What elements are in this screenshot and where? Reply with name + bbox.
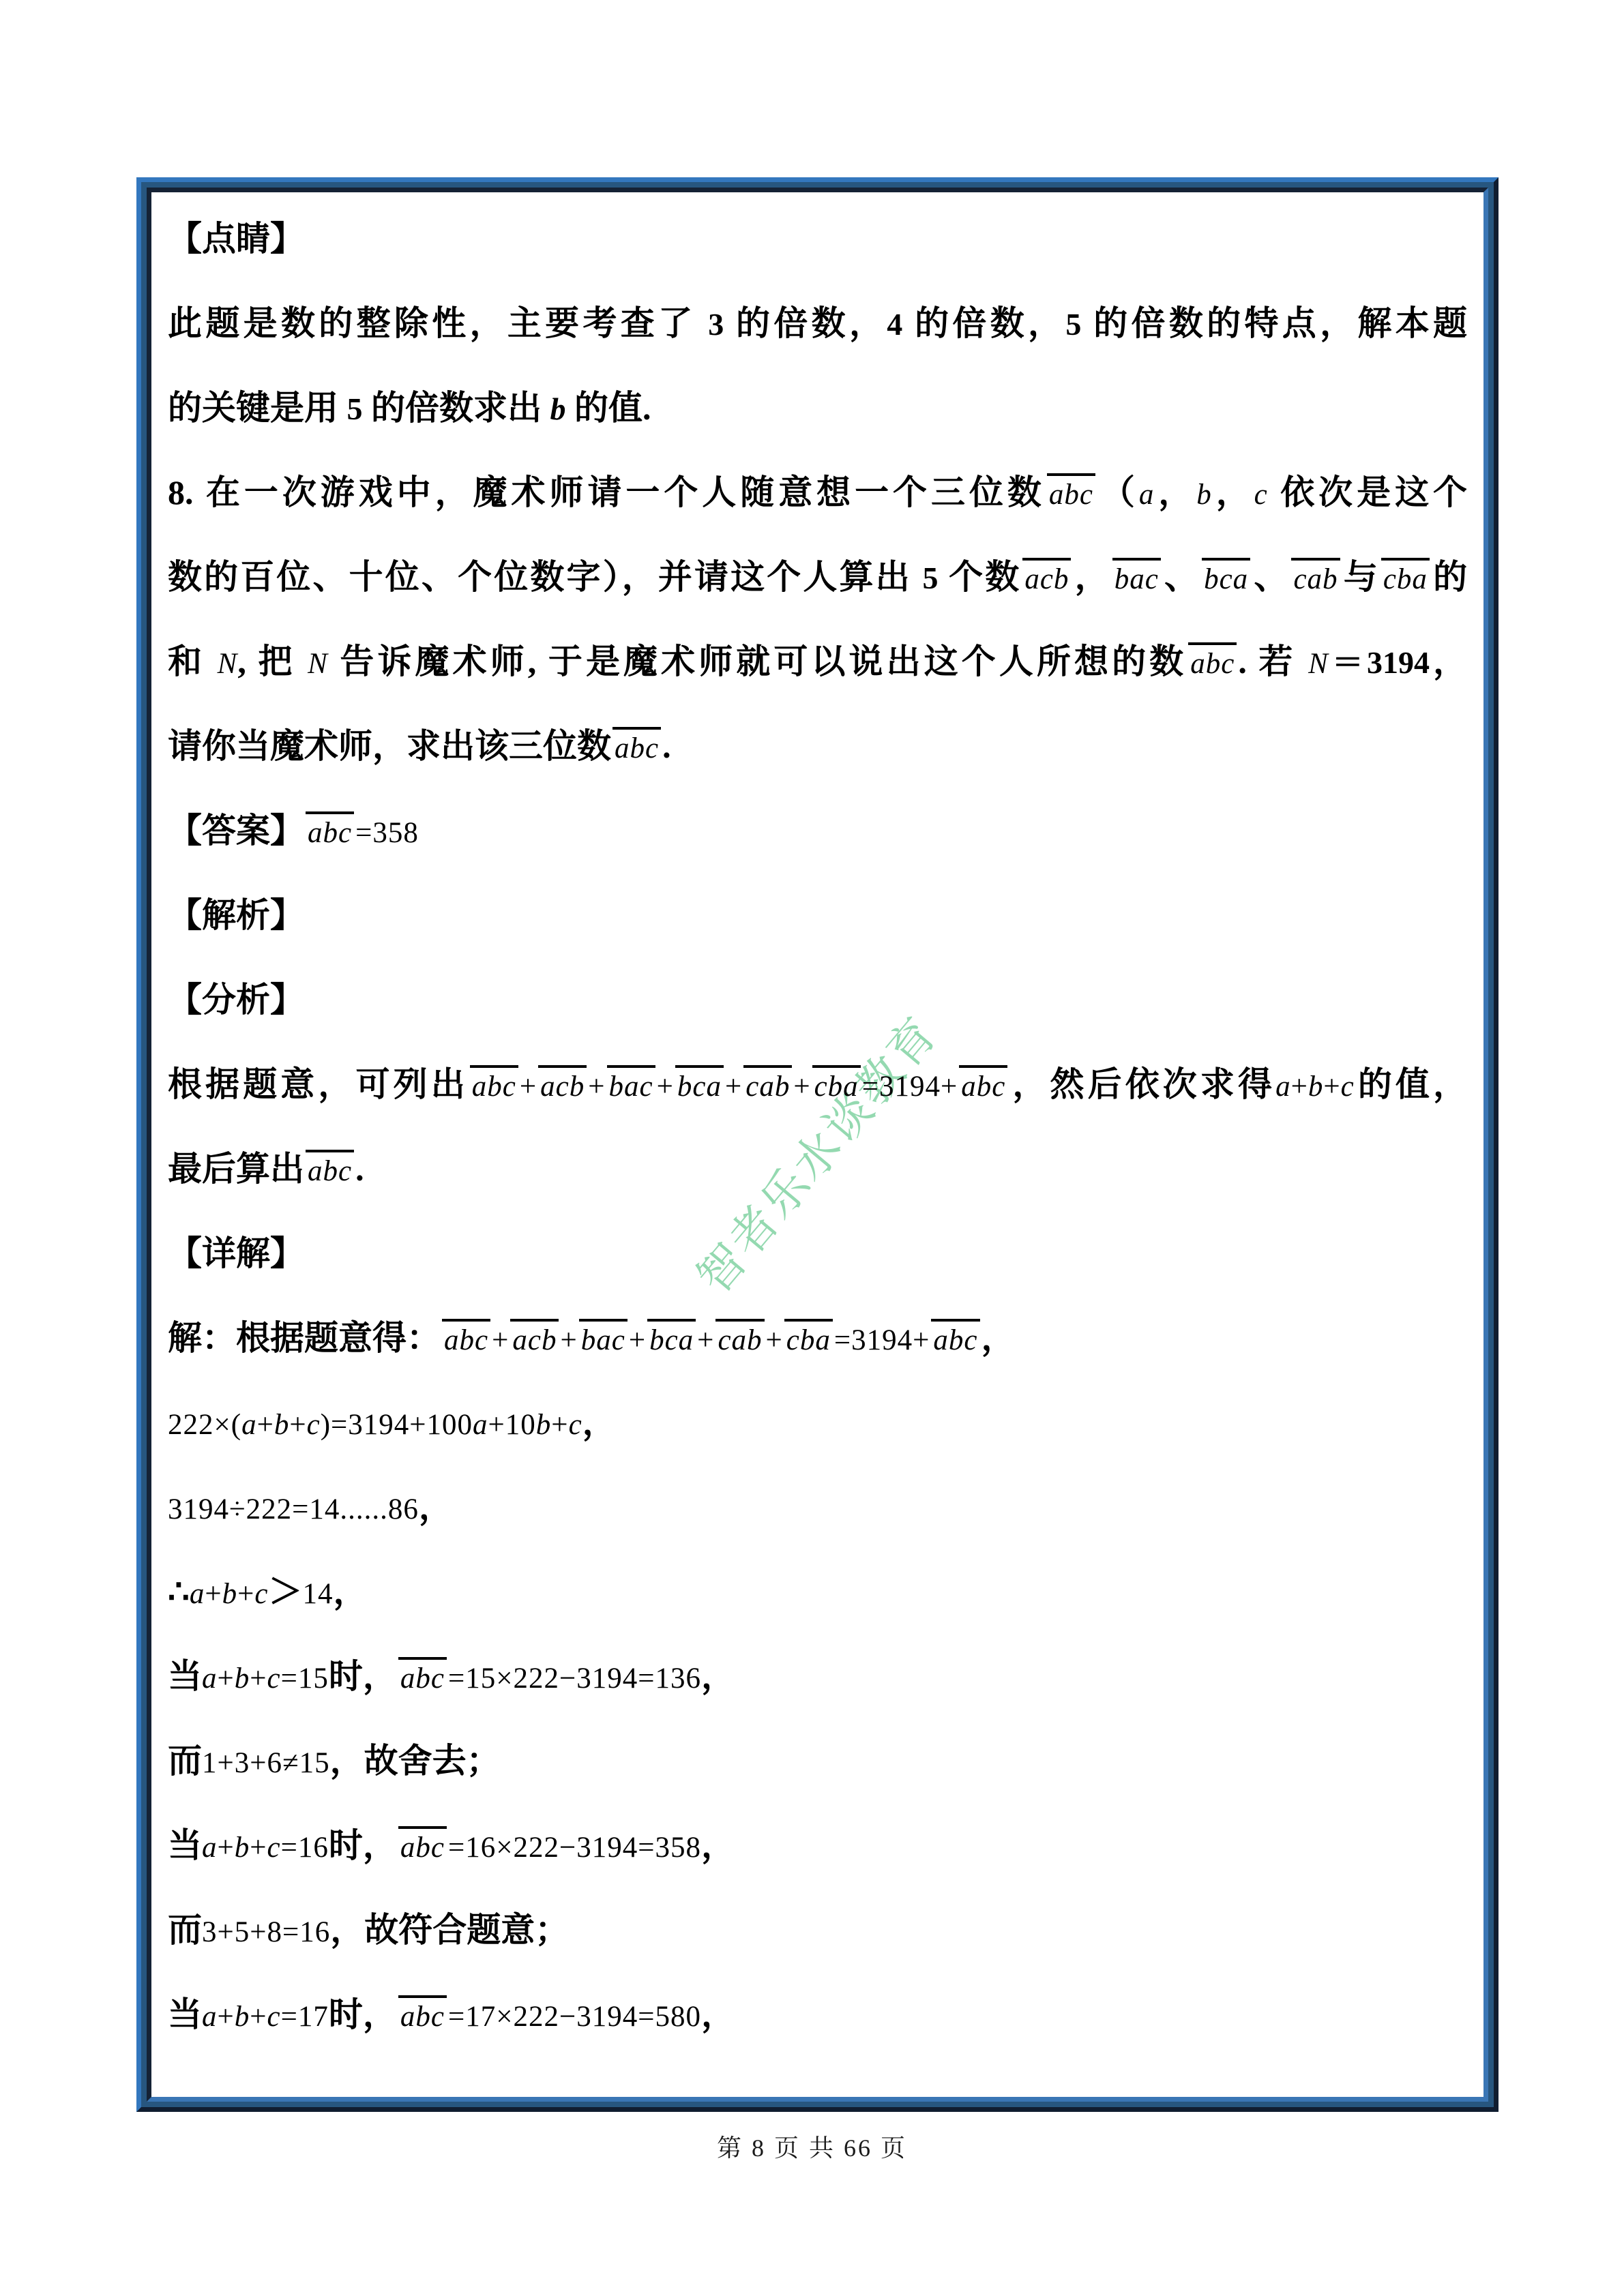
chinese-text: 请你当魔术师，求出该三位数	[168, 727, 611, 765]
chinese-text: .	[662, 727, 671, 765]
overlined-math-text: abc	[398, 1657, 447, 1694]
math-text: =17×222−3194=580	[448, 2001, 701, 2033]
chinese-text: ，	[1072, 558, 1110, 596]
overlined-math-text: cba	[812, 1065, 861, 1102]
text-line: 而1+3+6≠15，故舍去；	[168, 1718, 1467, 1803]
chinese-text: 的倍数，	[724, 304, 887, 342]
math-text: a+b+c	[190, 1578, 269, 1610]
math-text: =16×222−3194=358	[448, 1832, 701, 1864]
chinese-text: 此题是数的整除性，主要考查了	[168, 304, 708, 342]
overlined-math-text: abc	[931, 1319, 979, 1356]
math-text: =3194+	[834, 1324, 930, 1356]
overlined-math-text: abc	[612, 727, 661, 764]
chinese-text: ，	[701, 1995, 735, 2033]
text-line: 【答案】abc=358	[168, 788, 1467, 873]
chinese-text: ，	[701, 1826, 735, 1864]
math-text: 222×(a+b+c)=3194+100a+10b+c	[168, 1409, 582, 1441]
chinese-text: , 把	[237, 642, 308, 681]
chinese-text: 时，	[329, 1826, 397, 1864]
math-text: N	[1308, 648, 1329, 680]
chinese-text: ＞	[268, 1572, 302, 1611]
math-text: N	[308, 648, 328, 680]
math-text: N	[218, 648, 238, 680]
chinese-text: ，	[1212, 473, 1254, 511]
overlined-math-text: acb	[538, 1065, 587, 1102]
overlined-math-text: abc	[306, 811, 354, 848]
chinese-text: （	[1097, 473, 1139, 511]
chinese-text: 8. 在一次游戏中，魔术师请一个人随意想一个三位数	[168, 473, 1046, 511]
math-text: a+b+c=15	[202, 1663, 329, 1695]
overlined-math-text: bca	[1202, 558, 1250, 595]
text-line: 【分析】	[168, 957, 1467, 1042]
chinese-text: 【详解】	[168, 1234, 304, 1272]
text-line: 【点睛】	[168, 196, 1467, 281]
overlined-math-text: cba	[784, 1319, 833, 1356]
chinese-text: ，	[1154, 473, 1196, 511]
chinese-text: .	[355, 1150, 364, 1188]
overlined-math-text: cab	[743, 1065, 792, 1102]
overlined-math-text: bac	[579, 1319, 628, 1356]
overlined-math-text: cba	[1381, 558, 1430, 595]
math-text: +	[588, 1071, 605, 1103]
chinese-text: 当	[168, 1995, 202, 2033]
math-text: 3194÷222=14......86	[168, 1493, 419, 1525]
overlined-math-text: bac	[607, 1065, 655, 1102]
text-line: 【解析】	[168, 873, 1467, 957]
chinese-text: 而	[168, 1911, 202, 1949]
text-line: 当a+b+c=17时，abc=17×222−3194=580，	[168, 1972, 1467, 2057]
math-text: =15×222−3194=136	[448, 1663, 701, 1695]
chinese-text: 的值.	[566, 389, 651, 427]
text-line: 和 N, 把 N 告诉魔术师, 于是魔术师就可以说出这个人所想的数abc. 若 …	[168, 619, 1467, 704]
chinese-text: ，然后依次求得	[1009, 1065, 1275, 1103]
chinese-text: 当	[168, 1826, 202, 1864]
chinese-text: ∴	[168, 1572, 190, 1611]
chinese-text: 和	[168, 642, 218, 681]
chinese-text: 而	[168, 1742, 202, 1780]
math-text: a+b+c	[1275, 1071, 1355, 1103]
text-line: 解：根据题意得：abc+acb+bac+bca+cab+cba=3194+abc…	[168, 1296, 1467, 1380]
page-border-frame: 智者乐水谈教育 【点睛】此题是数的整除性，主要考查了 3 的倍数，4 的倍数，5…	[136, 177, 1498, 2112]
math-bold-text: 3	[708, 307, 724, 342]
math-text: +	[697, 1324, 714, 1356]
overlined-math-text: abc	[470, 1065, 518, 1102]
chinese-text: 的倍数的特点，解本题	[1081, 304, 1467, 342]
chinese-text: 解：根据题意得：	[168, 1319, 441, 1357]
text-line: ∴a+b+c＞14，	[168, 1549, 1467, 1634]
text-line: 3194÷222=14......86，	[168, 1465, 1467, 1549]
text-line: 请你当魔术师，求出该三位数abc.	[168, 704, 1467, 788]
overlined-math-text: abc	[398, 1826, 447, 1863]
math-text: a	[1139, 479, 1155, 511]
chinese-text: 的	[1431, 558, 1467, 596]
workbook-page: 智者乐水谈教育 【点睛】此题是数的整除性，主要考查了 3 的倍数，4 的倍数，5…	[0, 0, 1624, 2296]
math-bold-text: ＝3194	[1329, 645, 1430, 680]
chinese-text: ，	[701, 1657, 735, 1695]
text-line: 此题是数的整除性，主要考查了 3 的倍数，4 的倍数，5 的倍数的特点，解本题	[168, 281, 1467, 366]
page-border-inner: 智者乐水谈教育 【点睛】此题是数的整除性，主要考查了 3 的倍数，4 的倍数，5…	[147, 188, 1488, 2102]
math-text: a+b+c=17	[202, 2001, 329, 2033]
overlined-math-text: bac	[1112, 558, 1161, 595]
math-text: b	[1196, 479, 1212, 511]
text-line: 222×(a+b+c)=3194+100a+10b+c，	[168, 1380, 1467, 1465]
chinese-text: ，	[981, 1319, 1016, 1357]
page-border-mid: 智者乐水谈教育 【点睛】此题是数的整除性，主要考查了 3 的倍数，4 的倍数，5…	[141, 182, 1494, 2107]
math-text: a+b+c=16	[202, 1832, 329, 1864]
chinese-text: ，	[419, 1488, 453, 1526]
chinese-text: 时，	[329, 1657, 397, 1695]
page-number-footer: 第 8 页 共 66 页	[0, 2128, 1624, 2168]
chinese-text: ，	[333, 1572, 367, 1611]
math-text: +	[560, 1324, 577, 1356]
math-text: +	[793, 1071, 810, 1103]
math-bold-text: 5	[1065, 307, 1081, 342]
chinese-text: 根据题意，可列出	[168, 1065, 469, 1103]
chinese-text: 、	[1252, 558, 1290, 596]
math-text: +	[766, 1324, 783, 1356]
overlined-math-text: abc	[306, 1150, 354, 1187]
chinese-text: ，故舍去；	[330, 1742, 501, 1780]
chinese-text: 时，	[329, 1995, 397, 2033]
chinese-text: 【分析】	[168, 981, 304, 1019]
chinese-text: 的关键是用	[168, 389, 347, 427]
chinese-text: 当	[168, 1657, 202, 1695]
chinese-text: 【解析】	[168, 896, 304, 934]
text-line: 而3+5+8=16，故符合题意；	[168, 1888, 1467, 1972]
chinese-text: 【点睛】	[168, 220, 304, 258]
math-text: =358	[355, 817, 419, 849]
chinese-text: ，	[582, 1403, 617, 1442]
text-line: 当a+b+c=15时，abc=15×222−3194=136，	[168, 1634, 1467, 1718]
math-bold-text: 4	[887, 307, 902, 342]
text-line: 【详解】	[168, 1211, 1467, 1296]
overlined-math-text: acb	[1022, 558, 1071, 595]
overlined-math-text: cab	[715, 1319, 764, 1356]
math-text: =3194+	[862, 1071, 958, 1103]
chinese-text: . 若	[1238, 642, 1308, 681]
chinese-text: 与	[1342, 558, 1380, 596]
overlined-math-text: abc	[398, 1995, 447, 2032]
overlined-math-text: abc	[1188, 642, 1237, 679]
text-line: 当a+b+c=16时，abc=16×222−3194=358，	[168, 1803, 1467, 1888]
chinese-text: 的倍数求出	[363, 389, 550, 427]
math-text: 14	[302, 1578, 333, 1610]
chinese-text: 最后算出	[168, 1150, 304, 1188]
math-bold-text: 5	[922, 561, 938, 595]
chinese-text: 、	[1162, 558, 1200, 596]
math-bold-text: 5	[347, 391, 363, 426]
chinese-text: 的倍数，	[902, 304, 1065, 342]
math-text: +	[629, 1324, 646, 1356]
text-line: 根据题意，可列出abc+acb+bac+bca+cab+cba=3194+abc…	[168, 1042, 1467, 1127]
chinese-text: 数的百位、十位、个位数字），并请这个人算出	[168, 558, 922, 596]
chinese-text: 告诉魔术师, 于是魔术师就可以说出这个人所想的数	[328, 642, 1187, 681]
math-bold-text: b	[550, 391, 566, 426]
overlined-math-text: bca	[675, 1065, 724, 1102]
chinese-text: ，故符合题意；	[330, 1911, 569, 1949]
math-text: +	[520, 1071, 537, 1103]
chinese-text: 【答案】	[168, 811, 304, 850]
chinese-text: 依次是这个	[1268, 473, 1467, 511]
text-line: 8. 在一次游戏中，魔术师请一个人随意想一个三位数abc（a，b，c 依次是这个	[168, 450, 1467, 535]
overlined-math-text: abc	[1047, 473, 1095, 510]
document-lines: 【点睛】此题是数的整除性，主要考查了 3 的倍数，4 的倍数，5 的倍数的特点，…	[168, 196, 1467, 2057]
math-text: +	[725, 1071, 742, 1103]
overlined-math-text: abc	[442, 1319, 490, 1356]
overlined-math-text: acb	[510, 1319, 559, 1356]
text-line: 数的百位、十位、个位数字），并请这个人算出 5 个数acb，bac、bca、ca…	[168, 535, 1467, 619]
chinese-text: 的值，	[1355, 1065, 1467, 1103]
math-text: +	[657, 1071, 674, 1103]
overlined-math-text: bca	[647, 1319, 696, 1356]
content-area: 智者乐水谈教育 【点睛】此题是数的整除性，主要考查了 3 的倍数，4 的倍数，5…	[151, 192, 1483, 2097]
text-line: 的关键是用 5 的倍数求出 b 的值.	[168, 366, 1467, 450]
overlined-math-text: abc	[959, 1065, 1007, 1102]
math-text: c	[1254, 479, 1268, 511]
chinese-text: 个数	[938, 558, 1021, 596]
math-text: 1+3+6≠15	[202, 1747, 330, 1779]
text-line: 最后算出abc.	[168, 1127, 1467, 1211]
math-text: +	[492, 1324, 509, 1356]
overlined-math-text: cab	[1291, 558, 1340, 595]
chinese-text: ，	[1430, 642, 1467, 681]
math-text: 3+5+8=16	[202, 1916, 330, 1948]
